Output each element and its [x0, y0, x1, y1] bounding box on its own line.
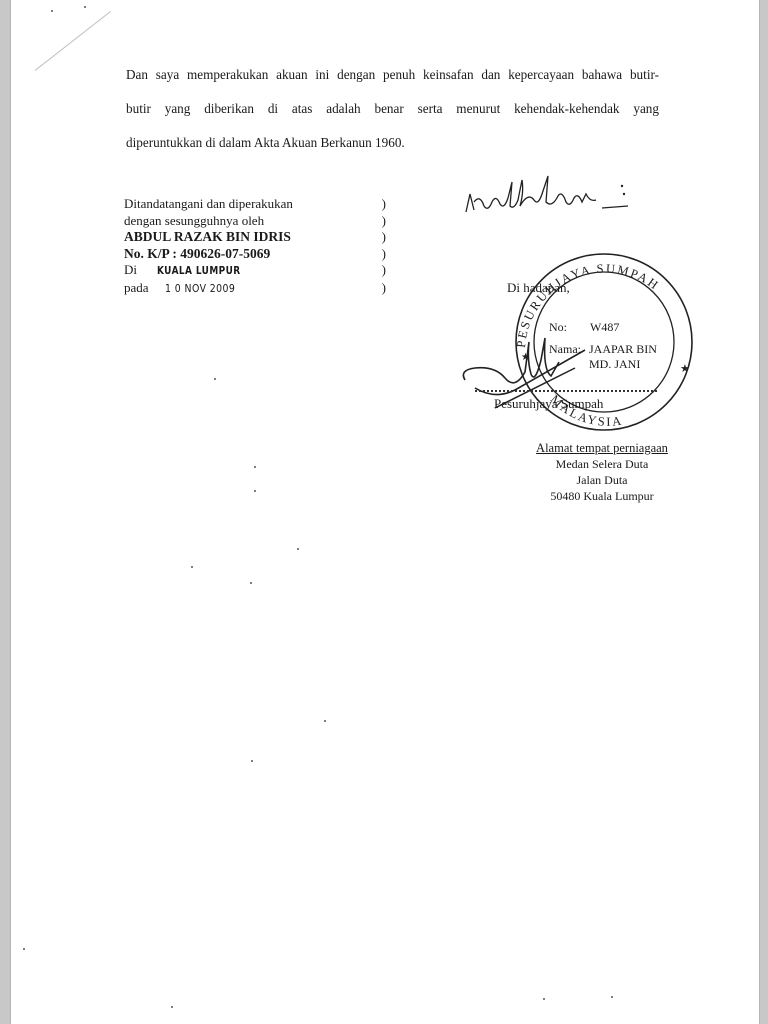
scan-speck: [171, 1006, 173, 1008]
declaration-paragraph: Dan saya memperakukan akuan ini dengan p…: [126, 58, 659, 160]
stamp-no-label: No:: [549, 320, 567, 335]
signature-dotted-line: [475, 390, 657, 392]
bracket: ): [378, 280, 386, 298]
declarant-name: ABDUL RAZAK BIN IDRIS: [124, 229, 378, 246]
witness-title: Pesuruhjaya Sumpah: [494, 396, 603, 412]
declaration-line: butir yang diberikan di atas adalah bena…: [126, 92, 659, 126]
bracket: ): [378, 213, 386, 230]
bracket: ): [378, 229, 386, 246]
address-line: Jalan Duta: [532, 472, 672, 488]
scan-speck: [214, 378, 216, 380]
attestation-line: Ditandatangani dan diperakukan: [124, 196, 378, 213]
address-heading: Alamat tempat perniagaan: [532, 440, 672, 456]
stamp-nama-line: MD. JANI: [589, 357, 657, 372]
scan-fold-line: [35, 11, 111, 71]
scan-speck: [23, 948, 25, 950]
scan-speck: [543, 998, 545, 1000]
scan-speck: [250, 582, 252, 584]
business-address: Alamat tempat perniagaan Medan Selera Du…: [532, 440, 672, 504]
scan-speck: [84, 6, 86, 8]
address-line: Medan Selera Duta: [532, 456, 672, 472]
stamp-nama-label: Nama:: [549, 342, 581, 357]
scan-speck: [297, 548, 299, 550]
bracket: ): [378, 262, 386, 280]
scan-speck: [191, 566, 193, 568]
scan-speck: [324, 720, 326, 722]
declaration-line: diperuntukkan di dalam Akta Akuan Berkan…: [126, 126, 659, 160]
date-stamp: 1 0 NOV 2009: [165, 281, 235, 298]
bracket: ): [378, 246, 386, 263]
ic-number: No. K/P : 490626-07-5069: [124, 246, 378, 263]
stamp-nama-value: JAAPAR BIN MD. JANI: [589, 342, 657, 372]
place-label: Di: [124, 262, 137, 277]
attestation-block: Ditandatangani dan diperakukan ) dengan …: [124, 196, 386, 297]
address-line: 50480 Kuala Lumpur: [532, 488, 672, 504]
witness-before-label: Di hadapan,: [507, 280, 570, 296]
stamp-no-value: W487: [590, 320, 619, 335]
star-icon: ★: [680, 362, 690, 375]
declarant-signature: [462, 172, 632, 224]
scan-speck: [254, 466, 256, 468]
scan-speck: [611, 996, 613, 998]
stamp-top-text: PESURUHJAYA SUMPAH: [514, 261, 662, 348]
place-stamp: KUALA LUMPUR: [157, 263, 241, 280]
scan-speck: [254, 490, 256, 492]
scan-speck: [51, 10, 53, 12]
attestation-line: dengan sesungguhnya oleh: [124, 213, 378, 230]
scan-speck: [251, 760, 253, 762]
bracket: ): [378, 196, 386, 213]
date-label: pada: [124, 280, 149, 295]
declaration-line: Dan saya memperakukan akuan ini dengan p…: [126, 58, 659, 92]
svg-text:PESURUHJAYA SUMPAH: PESURUHJAYA SUMPAH: [514, 261, 662, 348]
stamp-nama-line: JAAPAR BIN: [589, 342, 657, 357]
